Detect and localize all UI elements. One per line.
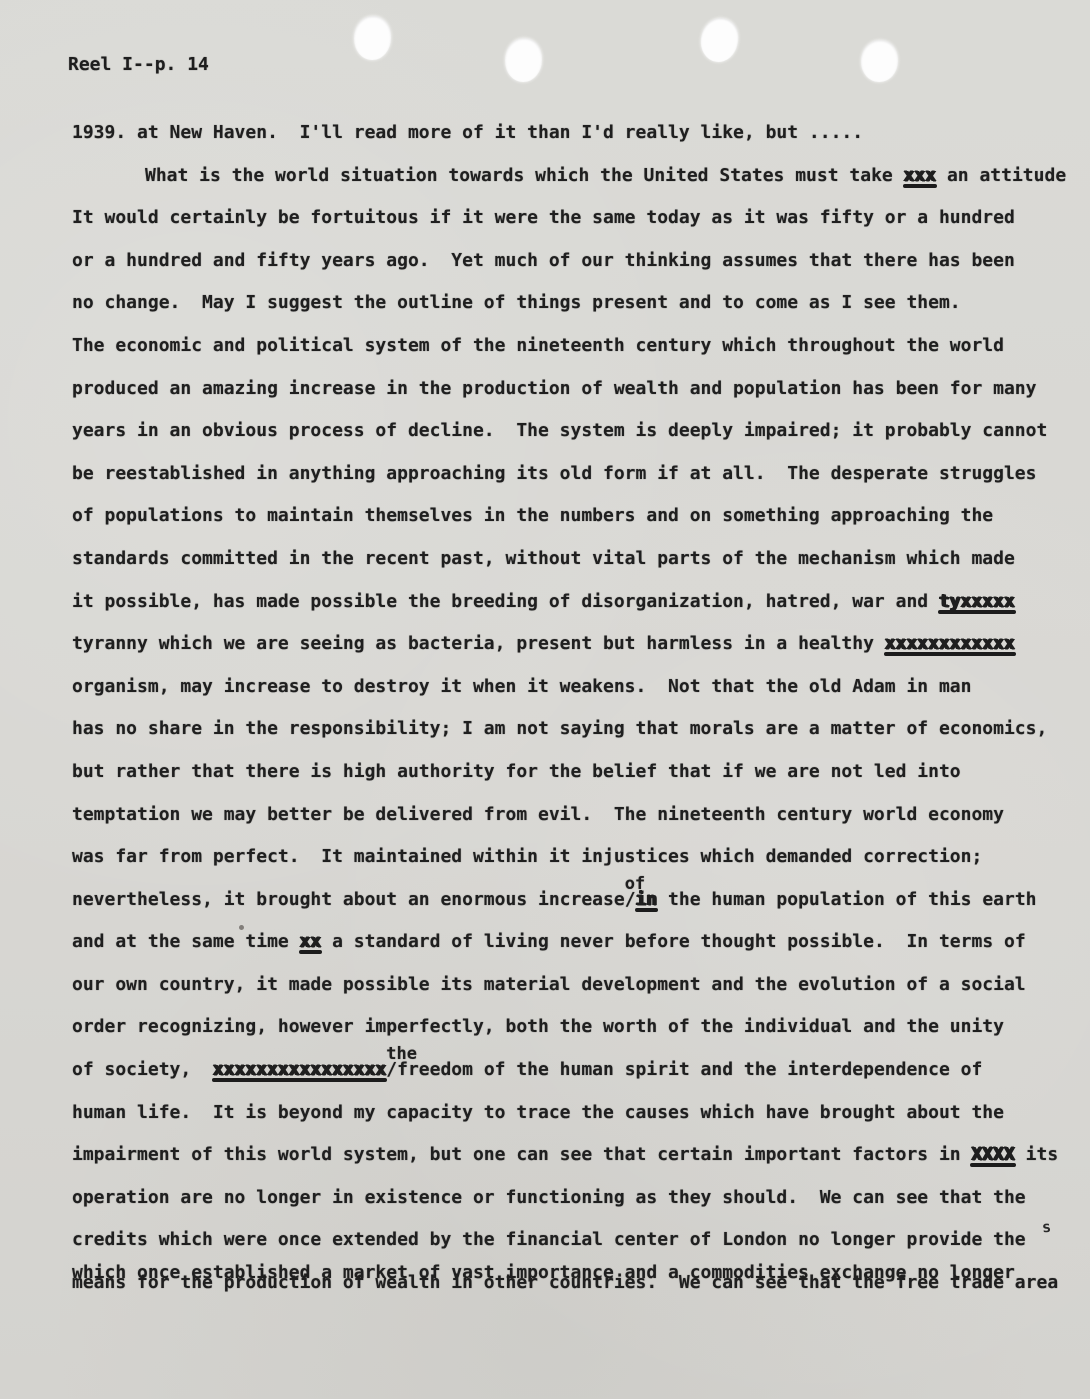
text-run: It would certainly be fortuitous if it w… bbox=[72, 207, 1015, 228]
text-run: What is the world situation towards whic… bbox=[145, 165, 904, 186]
text-line: it possible, has made possible the breed… bbox=[72, 581, 1070, 624]
text-line: and at the same time xx a standard of li… bbox=[72, 921, 1070, 964]
struck-out-word: xx bbox=[300, 931, 322, 952]
text-run: of populations to maintain themselves in… bbox=[72, 505, 993, 526]
text-line: years in an obvious process of decline. … bbox=[72, 410, 1070, 453]
struck-out-word: XXXX bbox=[971, 1144, 1014, 1165]
text-run: credits which were once extended by the … bbox=[72, 1229, 1026, 1250]
text-run: means for the production of wealth in ot… bbox=[72, 1272, 1058, 1293]
text-line: means for the production of wealth in ot… bbox=[72, 1262, 1070, 1305]
punch-hole bbox=[354, 16, 391, 60]
text-line: It would certainly be fortuitous if it w… bbox=[72, 197, 1070, 240]
text-run: our own country, it made possible its ma… bbox=[72, 974, 1026, 995]
text-run: and at the same time bbox=[72, 931, 300, 952]
punch-hole bbox=[505, 38, 542, 82]
text-line: but rather that there is high authority … bbox=[72, 751, 1070, 794]
text-line: temptation we may better be delivered fr… bbox=[72, 794, 1070, 837]
text-line: organism, may increase to destroy it whe… bbox=[72, 666, 1070, 709]
stray-mark: s bbox=[1041, 1218, 1052, 1237]
struck-out-word: xxx bbox=[904, 165, 937, 186]
text-line: produced an amazing increase in the prod… bbox=[72, 368, 1070, 411]
text-run: produced an amazing increase in the prod… bbox=[72, 378, 1037, 399]
text-run: an attitude bbox=[936, 165, 1066, 186]
document-body: 1939. at New Haven. I'll read more of it… bbox=[72, 112, 1070, 1304]
text-line: be reestablished in anything approaching… bbox=[72, 453, 1070, 496]
text-line: or a hundred and fifty years ago. Yet mu… bbox=[72, 240, 1070, 283]
text-run: 1939. at New Haven. I'll read more of it… bbox=[72, 122, 863, 143]
struck-out-word: tyxxxxx bbox=[939, 591, 1015, 612]
text-run: but rather that there is high authority … bbox=[72, 761, 961, 782]
text-line: 1939. at New Haven. I'll read more of it… bbox=[72, 112, 1070, 155]
text-line: human life. It is beyond my capacity to … bbox=[72, 1092, 1070, 1135]
text-run: of society, bbox=[72, 1059, 213, 1080]
text-run: human life. It is beyond my capacity to … bbox=[72, 1102, 1004, 1123]
struck-out-word: xxxxxxxxxxxx bbox=[885, 633, 1015, 654]
text-line: of populations to maintain themselves in… bbox=[72, 495, 1070, 538]
text-run: organism, may increase to destroy it whe… bbox=[72, 676, 971, 697]
text-line: no change. May I suggest the outline of … bbox=[72, 282, 1070, 325]
text-run: a standard of living never before though… bbox=[321, 931, 1025, 952]
text-run: standards committed in the recent past, … bbox=[72, 548, 1015, 569]
text-run: order recognizing, however imperfectly, … bbox=[72, 1016, 1004, 1037]
text-run: was far from perfect. It maintained with… bbox=[72, 846, 982, 867]
text-run: no change. May I suggest the outline of … bbox=[72, 292, 961, 313]
text-run: nevertheless, it brought about an enormo… bbox=[72, 889, 625, 910]
text-run: impairment of this world system, but one… bbox=[72, 1144, 971, 1165]
text-run: has no share in the responsibility; I am… bbox=[72, 718, 1047, 739]
text-run: The economic and political system of the… bbox=[72, 335, 1004, 356]
text-run: the human population of this earth bbox=[657, 889, 1036, 910]
struck-out-word: xxxxxxxxxxxxxxxx bbox=[213, 1059, 386, 1080]
text-run: or a hundred and fifty years ago. Yet mu… bbox=[72, 250, 1015, 271]
text-line: What is the world situation towards whic… bbox=[72, 155, 1070, 198]
text-run: years in an obvious process of decline. … bbox=[72, 420, 1047, 441]
text-run: operation are no longer in existence or … bbox=[72, 1187, 1026, 1208]
page-header-label: Reel I--p. 14 bbox=[68, 54, 209, 75]
text-line: has no share in the responsibility; I am… bbox=[72, 708, 1070, 751]
text-run: temptation we may better be delivered fr… bbox=[72, 804, 1004, 825]
struck-out-word: in bbox=[636, 889, 658, 910]
text-line: of society, xxxxxxxxxxxxxxxxthe/freedom … bbox=[72, 1049, 1070, 1092]
text-line: our own country, it made possible its ma… bbox=[72, 964, 1070, 1007]
text-line: tyranny which we are seeing as bacteria,… bbox=[72, 623, 1070, 666]
text-line: nevertheless, it brought about an enormo… bbox=[72, 879, 1070, 922]
text-run: tyranny which we are seeing as bacteria,… bbox=[72, 633, 885, 654]
text-line: was far from perfect. It maintained with… bbox=[72, 836, 1070, 879]
text-run: its bbox=[1015, 1144, 1058, 1165]
text-run: /freedom of the human spirit and the int… bbox=[386, 1059, 982, 1080]
punch-hole bbox=[861, 40, 898, 82]
text-run: be reestablished in anything approaching… bbox=[72, 463, 1037, 484]
text-line: The economic and political system of the… bbox=[72, 325, 1070, 368]
text-line: operation are no longer in existence or … bbox=[72, 1177, 1070, 1220]
text-line: standards committed in the recent past, … bbox=[72, 538, 1070, 581]
text-line: impairment of this world system, but one… bbox=[72, 1134, 1070, 1177]
ink-speck bbox=[239, 925, 244, 930]
text-run: it possible, has made possible the breed… bbox=[72, 591, 939, 612]
text-line: order recognizing, however imperfectly, … bbox=[72, 1006, 1070, 1049]
